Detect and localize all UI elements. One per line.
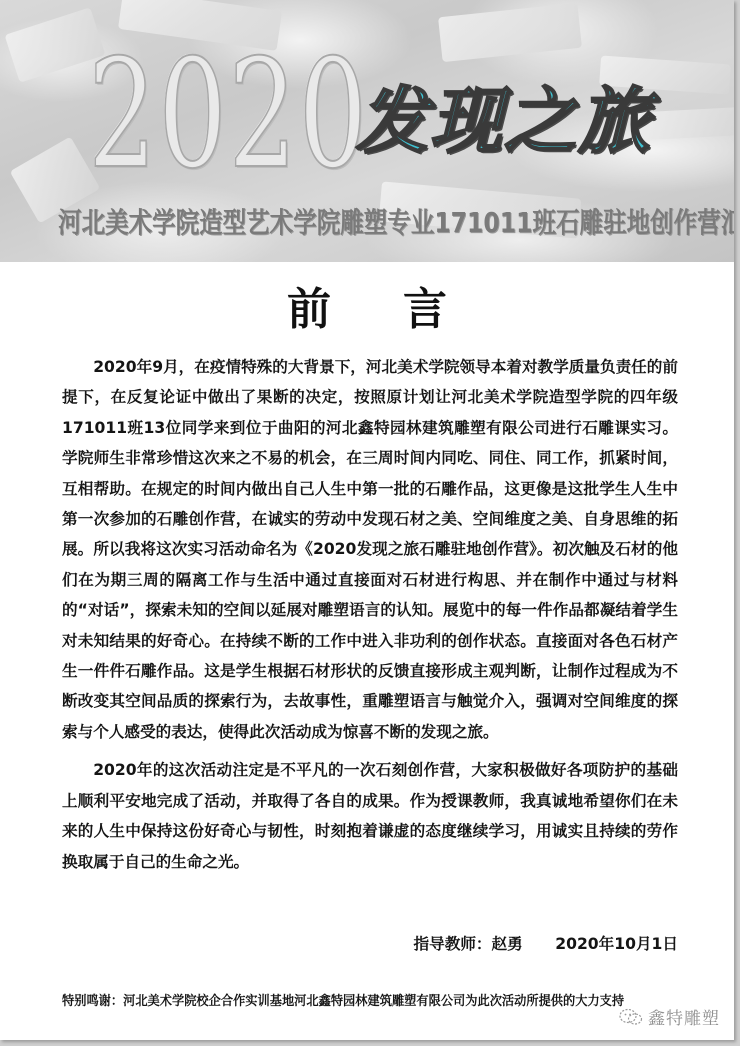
preface-body: 2020年9月，在疫情特殊的大背景下，河北美术学院领导本着对教学质量负责任的前提… (62, 352, 678, 885)
banner-subtitle: 河北美术学院造型艺术学院雕塑专业171011班石雕驻地创作营汇报展 (58, 205, 612, 241)
paragraph: 2020年的这次活动注定是不平凡的一次石刻创作营，大家积极做好各项防护的基础上顺… (62, 755, 678, 877)
stone-decoration (438, 3, 582, 62)
wechat-icon (618, 1007, 644, 1027)
document-page: 2020 发现之旅 河北美术学院造型艺术学院雕塑专业171011班石雕驻地创作营… (0, 0, 734, 1040)
paragraph: 2020年9月，在疫情特殊的大背景下，河北美术学院领导本着对教学质量负责任的前提… (62, 352, 678, 747)
wechat-watermark: 鑫特雕塑 (618, 1004, 720, 1029)
signature-line: 指导教师：赵勇 2020年10月1日 (0, 932, 678, 954)
page-title: 前言 (0, 282, 734, 338)
banner-title: 发现之旅 (356, 76, 652, 166)
watermark-label: 鑫特雕塑 (648, 1004, 720, 1029)
banner-year: 2020 (88, 40, 369, 190)
header-banner: 2020 发现之旅 河北美术学院造型艺术学院雕塑专业171011班石雕驻地创作营… (0, 0, 734, 262)
acknowledgement: 特别鸣谢：河北美术学院校企合作实训基地河北鑫特园林建筑雕塑有限公司为此次活动所提… (62, 990, 624, 1009)
